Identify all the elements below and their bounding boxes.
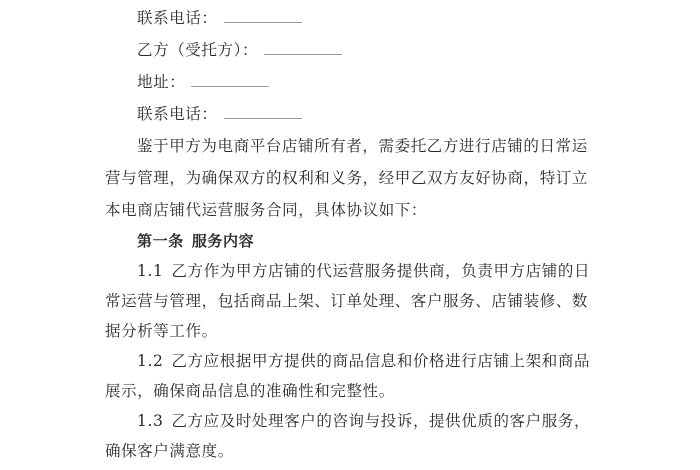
clause-1-1-line: 常运营与管理，包括商品上架、订单处理、客户服务、店铺装修、数	[105, 291, 588, 311]
address-blank-line[interactable]	[191, 74, 269, 87]
field-label: 地址：	[137, 73, 185, 91]
phone-blank-line[interactable]	[224, 106, 302, 119]
phone-blank-line[interactable]	[224, 10, 302, 23]
party-b-phone-field: 联系电话：	[137, 104, 302, 124]
article-heading: 第一条服务内容	[137, 231, 254, 251]
clause-text: 乙方应根据甲方提供的商品信息和价格进行店铺上架和商品	[171, 352, 590, 370]
field-label: 乙方（受托方）：	[137, 41, 258, 59]
clause-number: 1.3	[137, 412, 163, 430]
field-label: 联系电话：	[137, 105, 218, 123]
clause-1-1-line: 据分析等工作。	[105, 321, 218, 341]
clause-1-3-line: 1.3乙方应及时处理客户的咨询与投诉，提供优质的客户服务，	[137, 411, 590, 431]
clause-number: 1.1	[137, 262, 163, 280]
clause-1-2-line: 1.2乙方应根据甲方提供的商品信息和价格进行店铺上架和商品	[137, 351, 590, 371]
clause-number: 1.2	[137, 352, 163, 370]
preamble-line: 鉴于甲方为电商平台店铺所有者，需委托乙方进行店铺的日常运	[137, 136, 588, 156]
party-a-phone-field: 联系电话：	[137, 8, 302, 28]
party-b-address-field: 地址：	[137, 72, 269, 92]
article-title: 服务内容	[192, 232, 254, 250]
party-b-field: 乙方（受托方）：	[137, 40, 342, 60]
preamble-line: 营与管理，为确保双方的权利和义务，经甲乙双方友好协商，特订立	[105, 168, 588, 188]
clause-text: 乙方作为甲方店铺的代运营服务提供商，负责甲方店铺的日	[171, 262, 590, 280]
field-label: 联系电话：	[137, 9, 218, 27]
contract-page: 联系电话： 乙方（受托方）： 地址： 联系电话： 鉴于甲方为电商平台店铺所有者，…	[0, 0, 700, 470]
preamble-line: 本电商店铺代运营服务合同，具体协议如下：	[105, 200, 427, 220]
clause-1-2-line: 展示，确保商品信息的准确性和完整性。	[105, 381, 395, 401]
article-number: 第一条	[137, 232, 184, 250]
clause-1-3-line: 确保客户满意度。	[105, 441, 234, 461]
clause-1-1-line: 1.1乙方作为甲方店铺的代运营服务提供商，负责甲方店铺的日	[137, 261, 590, 281]
party-b-blank-line[interactable]	[264, 42, 342, 55]
clause-text: 乙方应及时处理客户的咨询与投诉，提供优质的客户服务，	[171, 412, 590, 430]
